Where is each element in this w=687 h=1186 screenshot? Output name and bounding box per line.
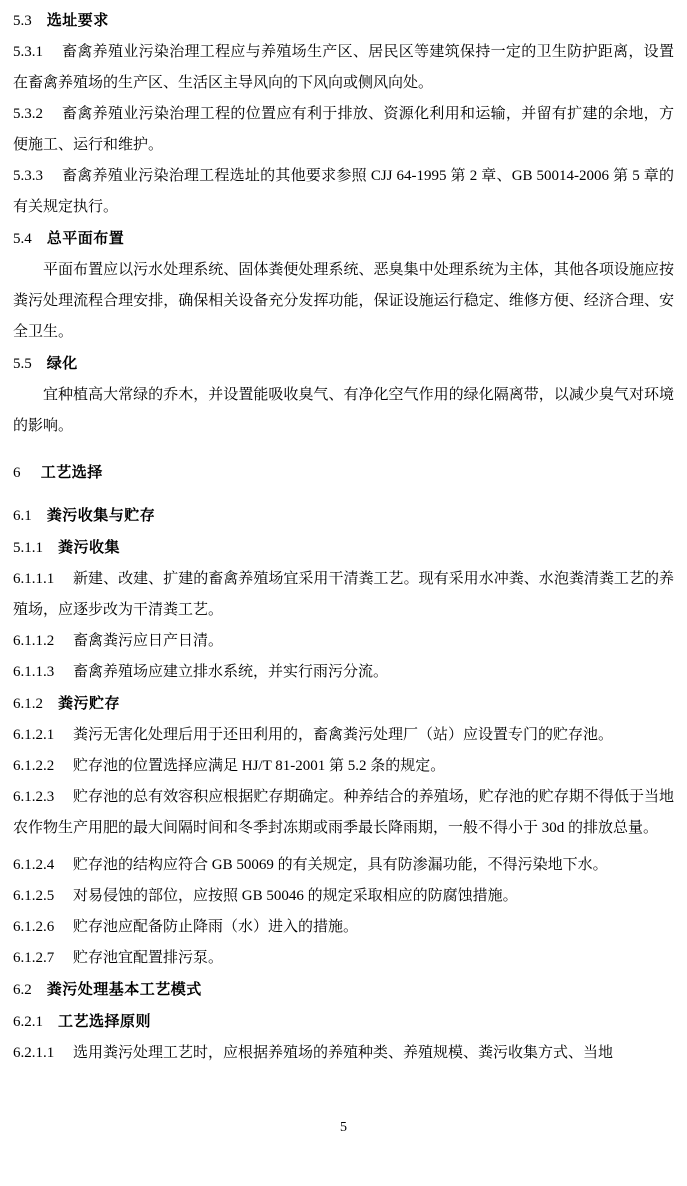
clause-6-1-1-3: 6.1.1.3畜禽养殖场应建立排水系统，并实行雨污分流。 <box>13 657 674 688</box>
clause-5-3-2: 5.3.2畜禽养殖业污染治理工程的位置应有利于排放、资源化利用和运输，并留有扩建… <box>13 99 674 161</box>
clause-number: 6.1.2.3 <box>13 789 54 805</box>
heading-6-2-1: 6.2.1工艺选择原则 <box>13 1006 674 1038</box>
clause-text: 畜禽养殖场应建立排水系统，并实行雨污分流。 <box>73 664 388 680</box>
clause-text: 贮存池的总有效容积应根据贮存期确定。种养结合的养殖场，贮存池的贮存期不得低于当地… <box>13 789 674 836</box>
heading-5-4: 5.4总平面布置 <box>13 223 674 255</box>
clause-number: 6.1.2.7 <box>13 950 54 966</box>
clause-6-1-2-4: 6.1.2.4贮存池的结构应符合 GB 50069 的有关规定，具有防渗漏功能，… <box>13 850 674 881</box>
clause-text: 畜禽养殖业污染治理工程选址的其他要求参照 CJJ 64-1995 第 2 章、G… <box>13 168 674 215</box>
subsection-title: 粪污贮存 <box>58 695 120 712</box>
clause-number: 5.3.2 <box>13 106 43 122</box>
section-number: 5.4 <box>13 231 32 247</box>
section-number: 6.1 <box>13 508 32 524</box>
clause-number: 5.3.3 <box>13 168 43 184</box>
clause-6-1-2-3: 6.1.2.3贮存池的总有效容积应根据贮存期确定。种养结合的养殖场，贮存池的贮存… <box>13 782 674 844</box>
section-number: 5.5 <box>13 356 32 372</box>
clause-number: 6.1.2.5 <box>13 888 54 904</box>
clause-number: 6.2.1.1 <box>13 1045 54 1061</box>
clause-number: 6.1.1.3 <box>13 664 54 680</box>
subsection-number: 6.1.2 <box>13 696 43 712</box>
clause-number: 5.3.1 <box>13 44 43 60</box>
heading-5-1-1: 5.1.1粪污收集 <box>13 532 674 564</box>
clause-6-2-1-1: 6.2.1.1选用粪污处理工艺时，应根据养殖场的养殖种类、养殖规模、粪污收集方式… <box>13 1038 674 1069</box>
section-title: 粪污收集与贮存 <box>47 507 156 524</box>
chapter-number: 6 <box>13 465 21 481</box>
clause-number: 6.1.1.1 <box>13 571 54 587</box>
page-number: 5 <box>0 1118 687 1138</box>
subsection-title: 粪污收集 <box>58 539 120 556</box>
heading-6-2: 6.2粪污处理基本工艺模式 <box>13 974 674 1006</box>
section-title: 绿化 <box>47 355 78 372</box>
clause-text: 畜禽粪污应日产日清。 <box>73 633 223 649</box>
section-number: 6.2 <box>13 982 32 998</box>
document-page: 5.3选址要求 5.3.1畜禽养殖业污染治理工程应与养殖场生产区、居民区等建筑保… <box>0 0 687 1186</box>
paragraph-5-4-body: 平面布置应以污水处理系统、固体粪便处理系统、恶臭集中处理系统为主体，其他各项设施… <box>13 255 674 348</box>
heading-6: 6工艺选择 <box>13 457 674 489</box>
subsection-number: 6.2.1 <box>13 1014 43 1030</box>
clause-number: 6.1.2.2 <box>13 758 54 774</box>
paragraph-text: 平面布置应以污水处理系统、固体粪便处理系统、恶臭集中处理系统为主体，其他各项设施… <box>13 262 674 340</box>
clause-6-1-2-6: 6.1.2.6贮存池应配备防止降雨（水）进入的措施。 <box>13 912 674 943</box>
clause-6-1-2-1: 6.1.2.1粪污无害化处理后用于还田利用的，畜禽粪污处理厂（站）应设置专门的贮… <box>13 720 674 751</box>
chapter-title: 工艺选择 <box>41 464 103 481</box>
paragraph-text: 宜种植高大常绿的乔木，并设置能吸收臭气、有净化空气作用的绿化隔离带，以减少臭气对… <box>13 387 674 434</box>
clause-text: 贮存池的位置选择应满足 HJ/T 81-2001 第 5.2 条的规定。 <box>73 758 445 774</box>
section-title: 粪污处理基本工艺模式 <box>47 981 202 998</box>
clause-text: 粪污无害化处理后用于还田利用的，畜禽粪污处理厂（站）应设置专门的贮存池。 <box>73 727 613 743</box>
document-body: 5.3选址要求 5.3.1畜禽养殖业污染治理工程应与养殖场生产区、居民区等建筑保… <box>13 5 674 1069</box>
clause-6-1-2-7: 6.1.2.7贮存池宜配置排污泵。 <box>13 943 674 974</box>
clause-text: 贮存池的结构应符合 GB 50069 的有关规定，具有防渗漏功能，不得污染地下水… <box>73 857 608 873</box>
clause-6-1-1-1: 6.1.1.1新建、改建、扩建的畜禽养殖场宜采用干清粪工艺。现有采用水冲粪、水泡… <box>13 564 674 626</box>
clause-6-1-2-5: 6.1.2.5对易侵蚀的部位，应按照 GB 50046 的规定采取相应的防腐蚀措… <box>13 881 674 912</box>
clause-text: 贮存池宜配置排污泵。 <box>73 950 223 966</box>
subsection-title: 工艺选择原则 <box>58 1013 151 1030</box>
clause-text: 对易侵蚀的部位，应按照 GB 50046 的规定采取相应的防腐蚀措施。 <box>73 888 518 904</box>
section-title: 总平面布置 <box>47 230 125 247</box>
clause-number: 6.1.2.6 <box>13 919 54 935</box>
paragraph-5-5-body: 宜种植高大常绿的乔木，并设置能吸收臭气、有净化空气作用的绿化隔离带，以减少臭气对… <box>13 380 674 442</box>
clause-5-3-1: 5.3.1畜禽养殖业污染治理工程应与养殖场生产区、居民区等建筑保持一定的卫生防护… <box>13 37 674 99</box>
section-number: 5.3 <box>13 13 32 29</box>
clause-text: 贮存池应配备防止降雨（水）进入的措施。 <box>73 919 358 935</box>
clause-number: 6.1.1.2 <box>13 633 54 649</box>
heading-5-3: 5.3选址要求 <box>13 5 674 37</box>
subsection-number: 5.1.1 <box>13 540 43 556</box>
clause-text: 畜禽养殖业污染治理工程的位置应有利于排放、资源化利用和运输，并留有扩建的余地，方… <box>13 106 674 153</box>
clause-5-3-3: 5.3.3畜禽养殖业污染治理工程选址的其他要求参照 CJJ 64-1995 第 … <box>13 161 674 223</box>
clause-text: 畜禽养殖业污染治理工程应与养殖场生产区、居民区等建筑保持一定的卫生防护距离，设置… <box>13 44 674 91</box>
heading-6-1-2: 6.1.2粪污贮存 <box>13 688 674 720</box>
clause-text: 选用粪污处理工艺时，应根据养殖场的养殖种类、养殖规模、粪污收集方式、当地 <box>73 1045 613 1061</box>
heading-6-1: 6.1粪污收集与贮存 <box>13 500 674 532</box>
clause-6-1-1-2: 6.1.1.2畜禽粪污应日产日清。 <box>13 626 674 657</box>
clause-number: 6.1.2.4 <box>13 857 54 873</box>
clause-number: 6.1.2.1 <box>13 727 54 743</box>
heading-5-5: 5.5绿化 <box>13 348 674 380</box>
section-title: 选址要求 <box>47 12 109 29</box>
clause-text: 新建、改建、扩建的畜禽养殖场宜采用干清粪工艺。现有采用水冲粪、水泡粪清粪工艺的养… <box>13 571 674 618</box>
clause-6-1-2-2: 6.1.2.2贮存池的位置选择应满足 HJ/T 81-2001 第 5.2 条的… <box>13 751 674 782</box>
